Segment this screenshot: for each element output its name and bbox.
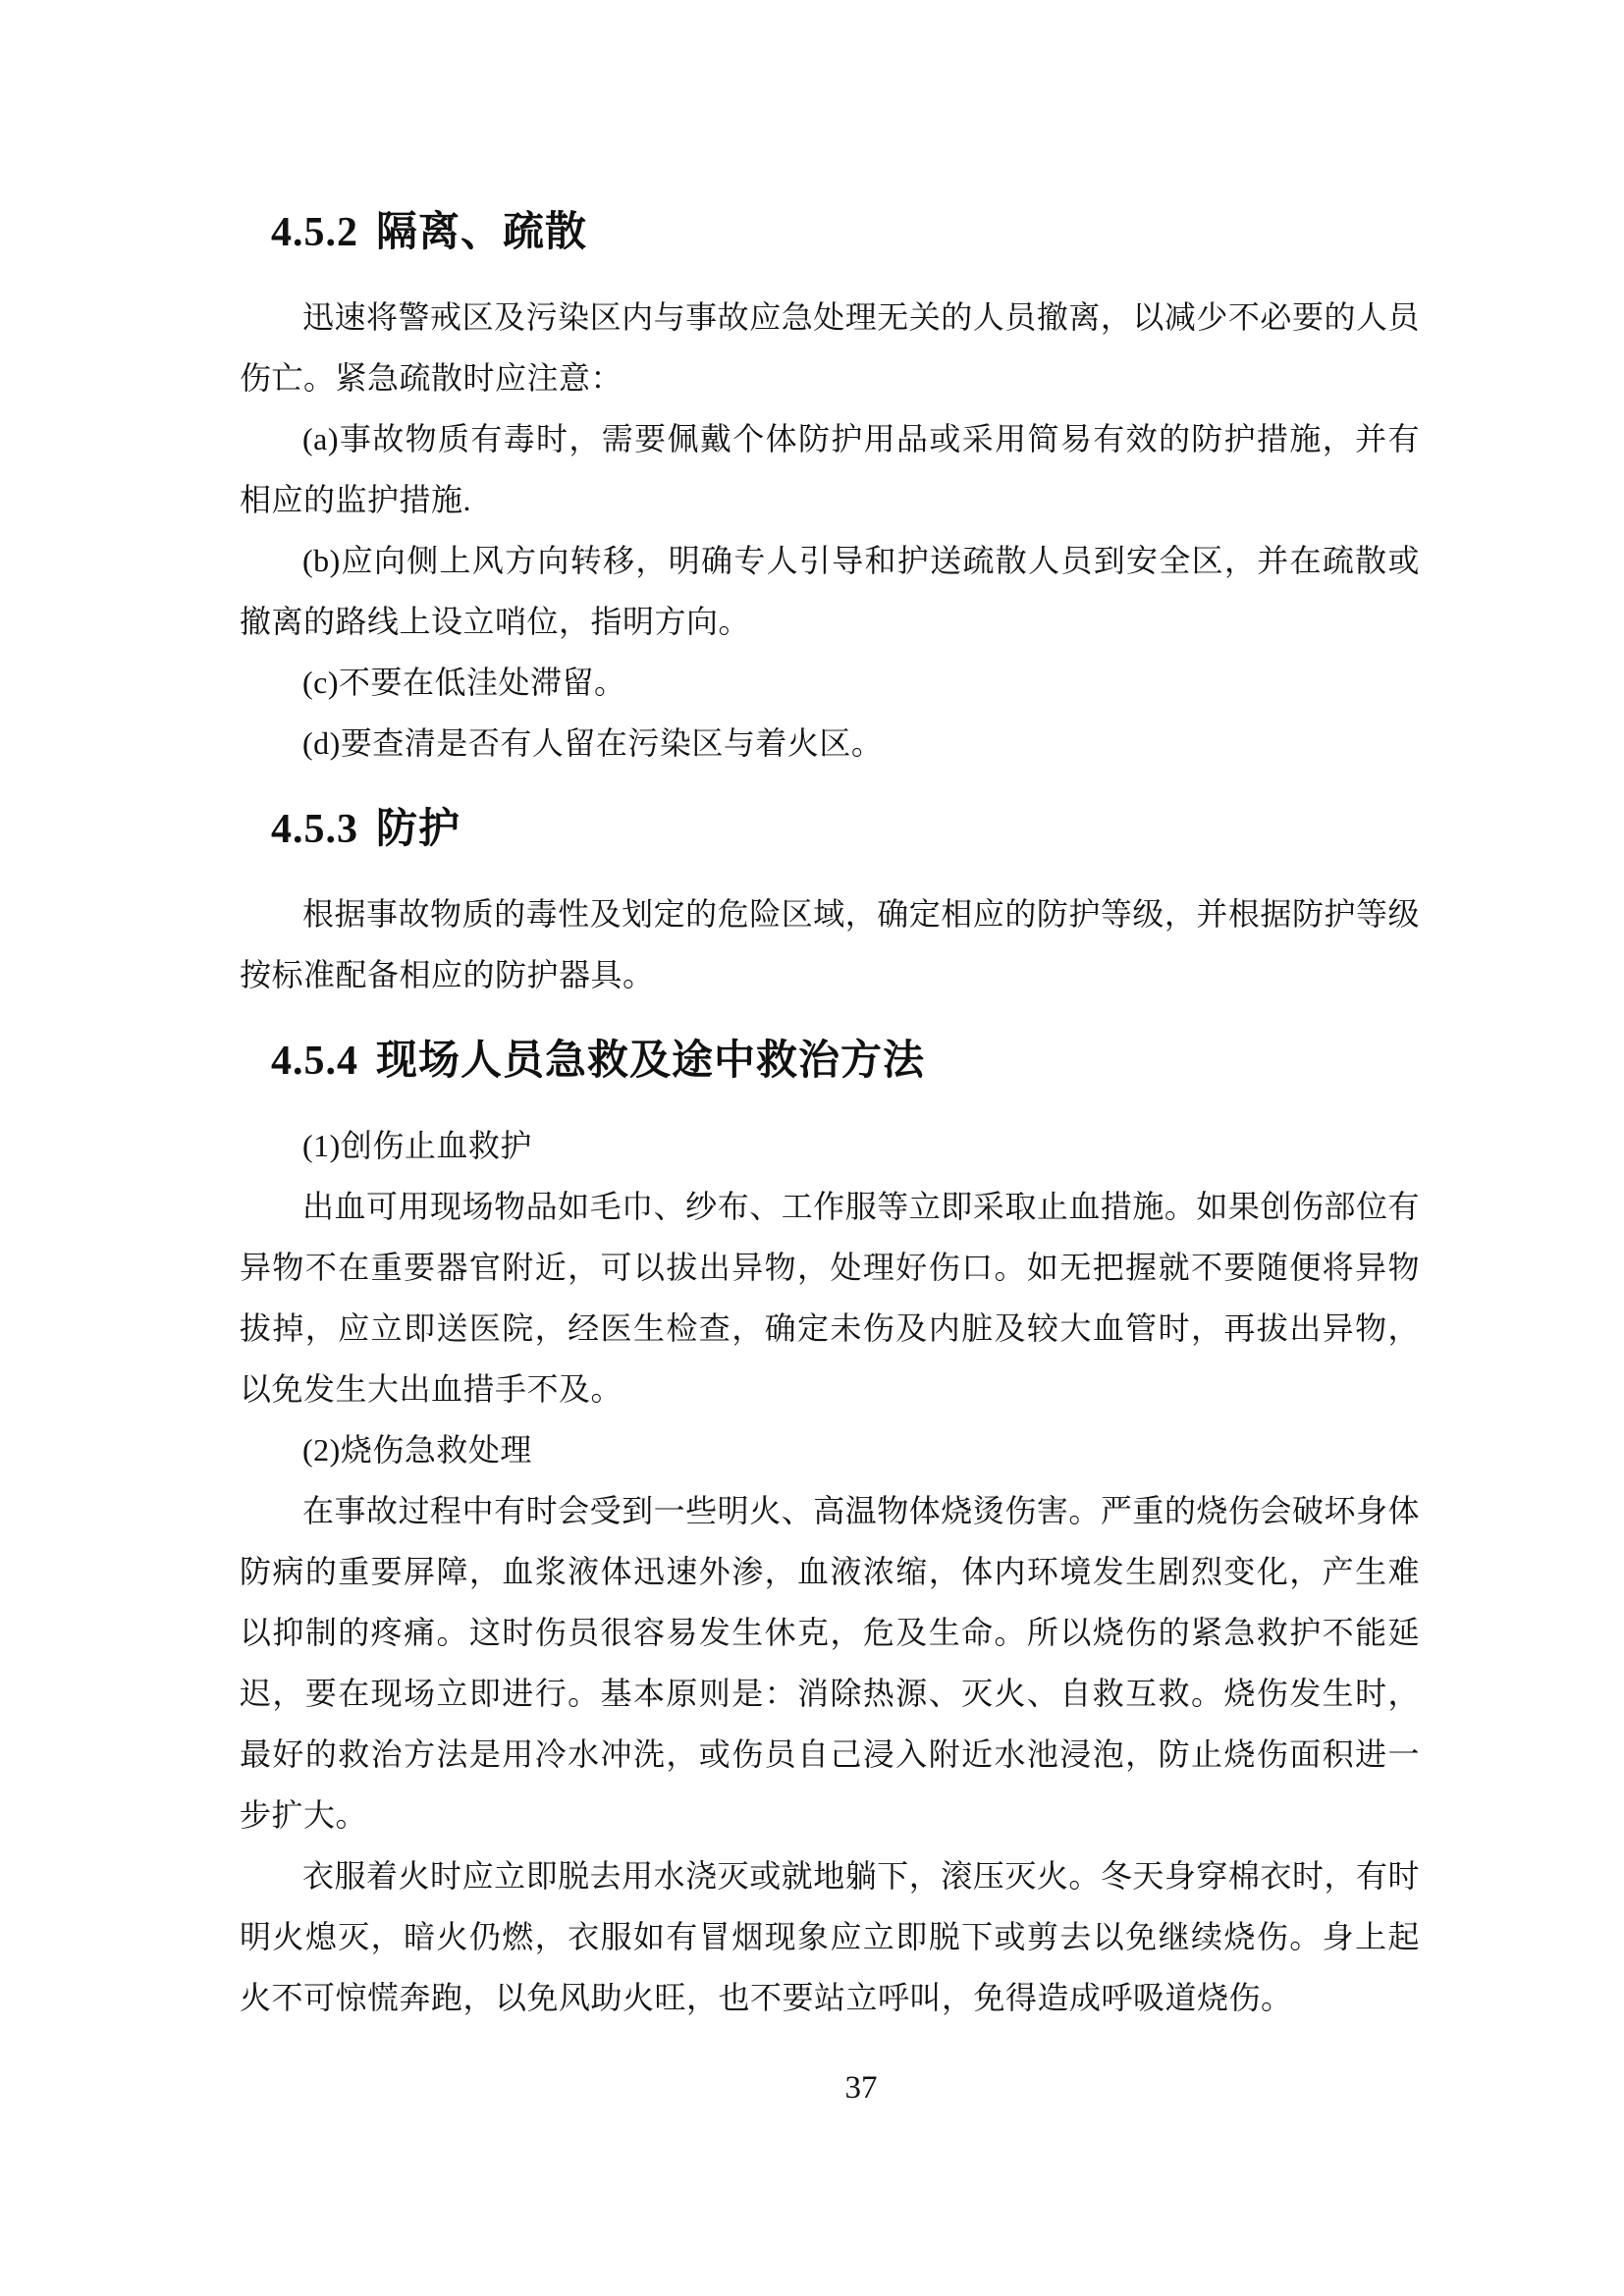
paragraph: (d)要查清是否有人留在污染区与着火区。	[240, 713, 1420, 774]
paragraph: 衣服着火时应立即脱去用水浇灭或就地躺下，滚压灭火。冬天身穿棉衣时，有时明火熄灭，…	[240, 1845, 1420, 2028]
section-number: 4.5.2	[271, 210, 358, 255]
section-number: 4.5.4	[271, 1039, 358, 1084]
section-4-5-3: 4.5.3防护 根据事故物质的毒性及划定的危险区域，确定相应的防护等级，并根据防…	[240, 799, 1420, 1005]
page-number: 37	[845, 2070, 878, 2106]
page-footer: 37	[240, 2065, 1420, 2110]
paragraph: (1)创伤止血救护	[240, 1115, 1420, 1176]
section-title: 现场人员急救及途中救治方法	[376, 1039, 925, 1084]
section-number: 4.5.3	[271, 807, 358, 852]
paragraph: 根据事故物质的毒性及划定的危险区域，确定相应的防护等级，并根据防护等级按标准配备…	[240, 883, 1420, 1005]
section-4-5-2: 4.5.2隔离、疏散 迅速将警戒区及污染区内与事故应急处理无关的人员撤离，以减少…	[240, 202, 1420, 774]
section-heading: 4.5.2隔离、疏散	[271, 202, 1420, 263]
paragraph: 在事故过程中有时会受到一些明火、高温物体烧烫伤害。严重的烧伤会破坏身体防病的重要…	[240, 1480, 1420, 1845]
section-title: 防护	[376, 807, 460, 852]
paragraph: (b)应向侧上风方向转移，明确专人引导和护送疏散人员到安全区，并在疏散或撤离的路…	[240, 530, 1420, 652]
paragraph: (2)烧伤急救处理	[240, 1419, 1420, 1480]
paragraph: 出血可用现场物品如毛巾、纱布、工作服等立即采取止血措施。如果创伤部位有异物不在重…	[240, 1176, 1420, 1419]
page-content: 4.5.2隔离、疏散 迅速将警戒区及污染区内与事故应急处理无关的人员撤离，以减少…	[240, 0, 1420, 2110]
section-title: 隔离、疏散	[376, 210, 587, 255]
section-4-5-4: 4.5.4现场人员急救及途中救治方法 (1)创伤止血救护 出血可用现场物品如毛巾…	[240, 1031, 1420, 2028]
paragraph: (c)不要在低洼处滞留。	[240, 652, 1420, 713]
section-heading: 4.5.3防护	[271, 799, 1420, 860]
paragraph: 迅速将警戒区及污染区内与事故应急处理无关的人员撤离，以减少不必要的人员伤亡。紧急…	[240, 287, 1420, 408]
paragraph: (a)事故物质有毒时，需要佩戴个体防护用品或采用简易有效的防护措施，并有相应的监…	[240, 408, 1420, 530]
document-page: 4.5.2隔离、疏散 迅速将警戒区及污染区内与事故应急处理无关的人员撤离，以减少…	[0, 0, 1624, 2296]
section-heading: 4.5.4现场人员急救及途中救治方法	[271, 1031, 1420, 1092]
